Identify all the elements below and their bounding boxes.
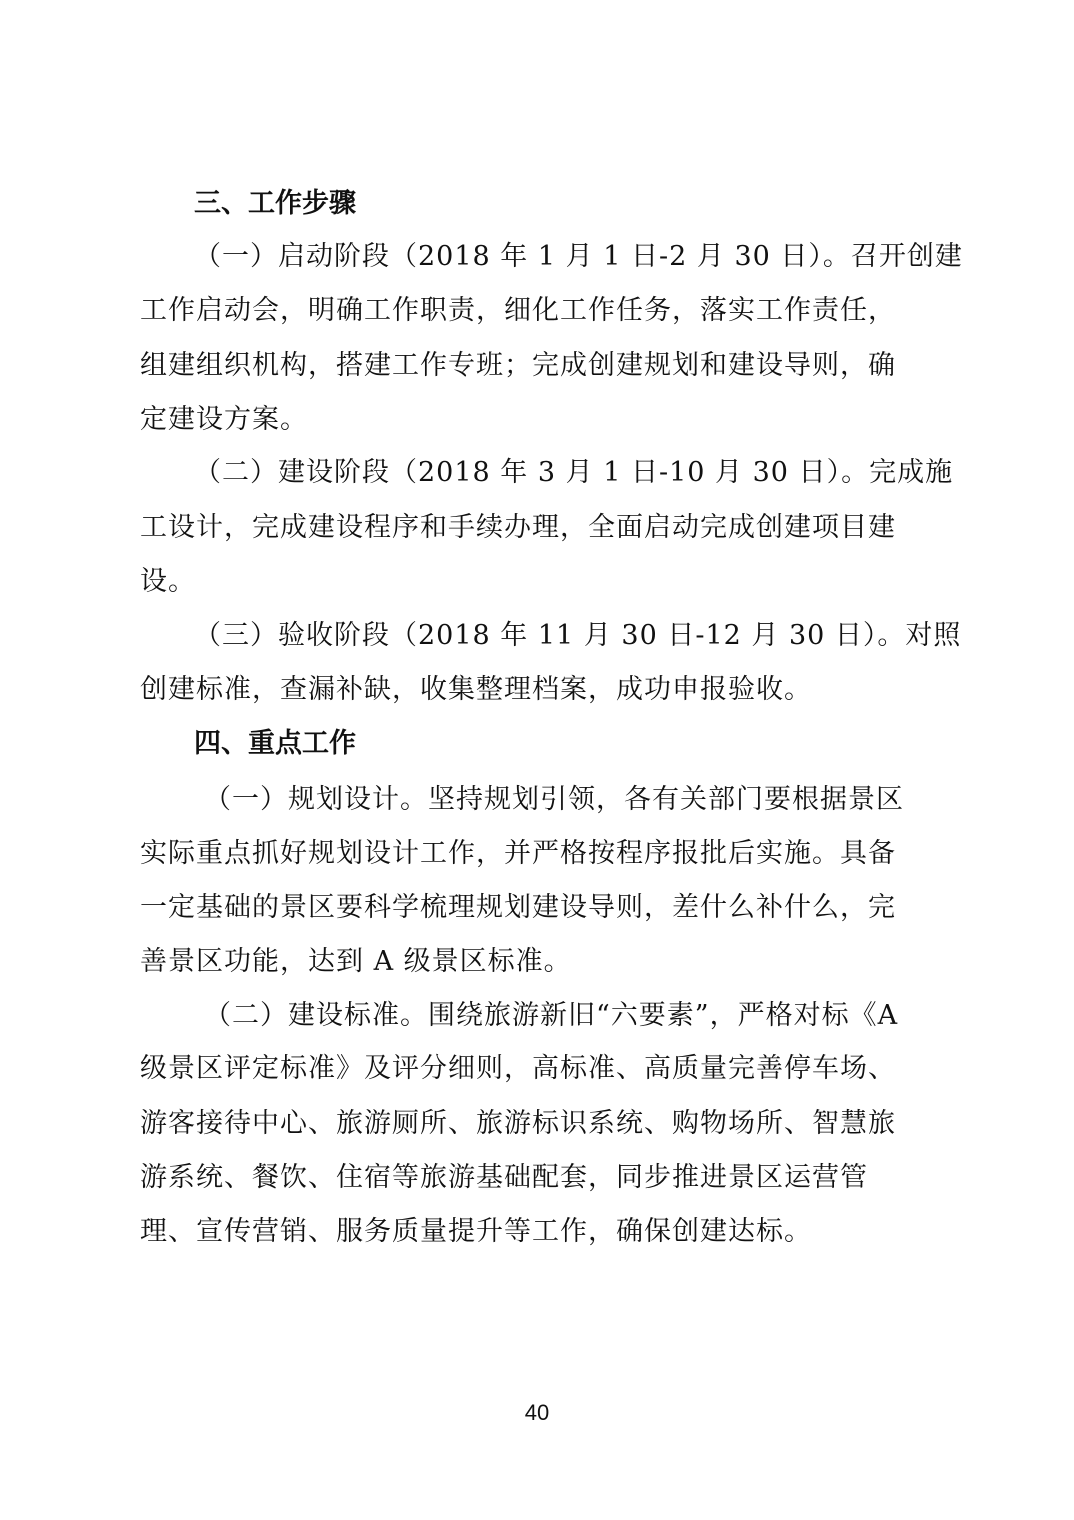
paragraph-construction-standards-line-2: 级景区评定标准》及评分细则，高标准、高质量完善停车场、: [140, 1053, 896, 1085]
paragraph-planning-design-line-3: 一定基础的景区要科学梳理规划建设导则，差什么补什么，完: [140, 892, 896, 924]
document-page: 三、工作步骤 （一）启动阶段（2018 年 1 月 1 日-2 月 30 日）。…: [0, 0, 1074, 1520]
page-number: 40: [0, 1400, 1074, 1426]
paragraph-planning-design-line-2: 实际重点抓好规划设计工作，并严格按程序报批后实施。具备: [140, 838, 896, 870]
section-heading-key-work: 四、重点工作: [194, 728, 356, 760]
paragraph-acceptance-stage-line-1: （三）验收阶段（2018 年 11 月 30 日-12 月 30 日）。对照: [194, 620, 961, 652]
paragraph-kickoff-stage-line-2: 工作启动会，明确工作职责，细化工作任务，落实工作责任，: [140, 295, 896, 327]
paragraph-kickoff-stage-line-3: 组建组织机构，搭建工作专班；完成创建规划和建设导则，确: [140, 350, 896, 382]
paragraph-kickoff-stage-line-4: 定建设方案。: [140, 404, 308, 436]
paragraph-construction-standards-line-4: 游系统、餐饮、住宿等旅游基础配套，同步推进景区运营管: [140, 1162, 868, 1194]
paragraph-construction-stage-line-3: 设。: [140, 566, 196, 598]
paragraph-construction-stage-line-1: （二）建设阶段（2018 年 3 月 1 日-10 月 30 日）。完成施: [194, 457, 953, 489]
section-heading-work-steps: 三、工作步骤: [194, 188, 356, 220]
paragraph-kickoff-stage-line-1: （一）启动阶段（2018 年 1 月 1 日-2 月 30 日）。召开创建: [194, 241, 963, 273]
paragraph-construction-standards-line-5: 理、宣传营销、服务质量提升等工作，确保创建达标。: [140, 1216, 812, 1248]
paragraph-acceptance-stage-line-2: 创建标准，查漏补缺，收集整理档案，成功申报验收。: [140, 674, 812, 706]
paragraph-planning-design-line-4: 善景区功能，达到 A 级景区标准。: [140, 946, 572, 978]
paragraph-construction-stage-line-2: 工设计，完成建设程序和手续办理，全面启动完成创建项目建: [140, 512, 896, 544]
paragraph-planning-design-line-1: （一）规划设计。坚持规划引领，各有关部门要根据景区: [204, 784, 904, 816]
paragraph-construction-standards-line-3: 游客接待中心、旅游厕所、旅游标识系统、购物场所、智慧旅: [140, 1108, 896, 1140]
paragraph-construction-standards-line-1: （二）建设标准。围绕旅游新旧“六要素”，严格对标《A: [204, 1000, 898, 1032]
